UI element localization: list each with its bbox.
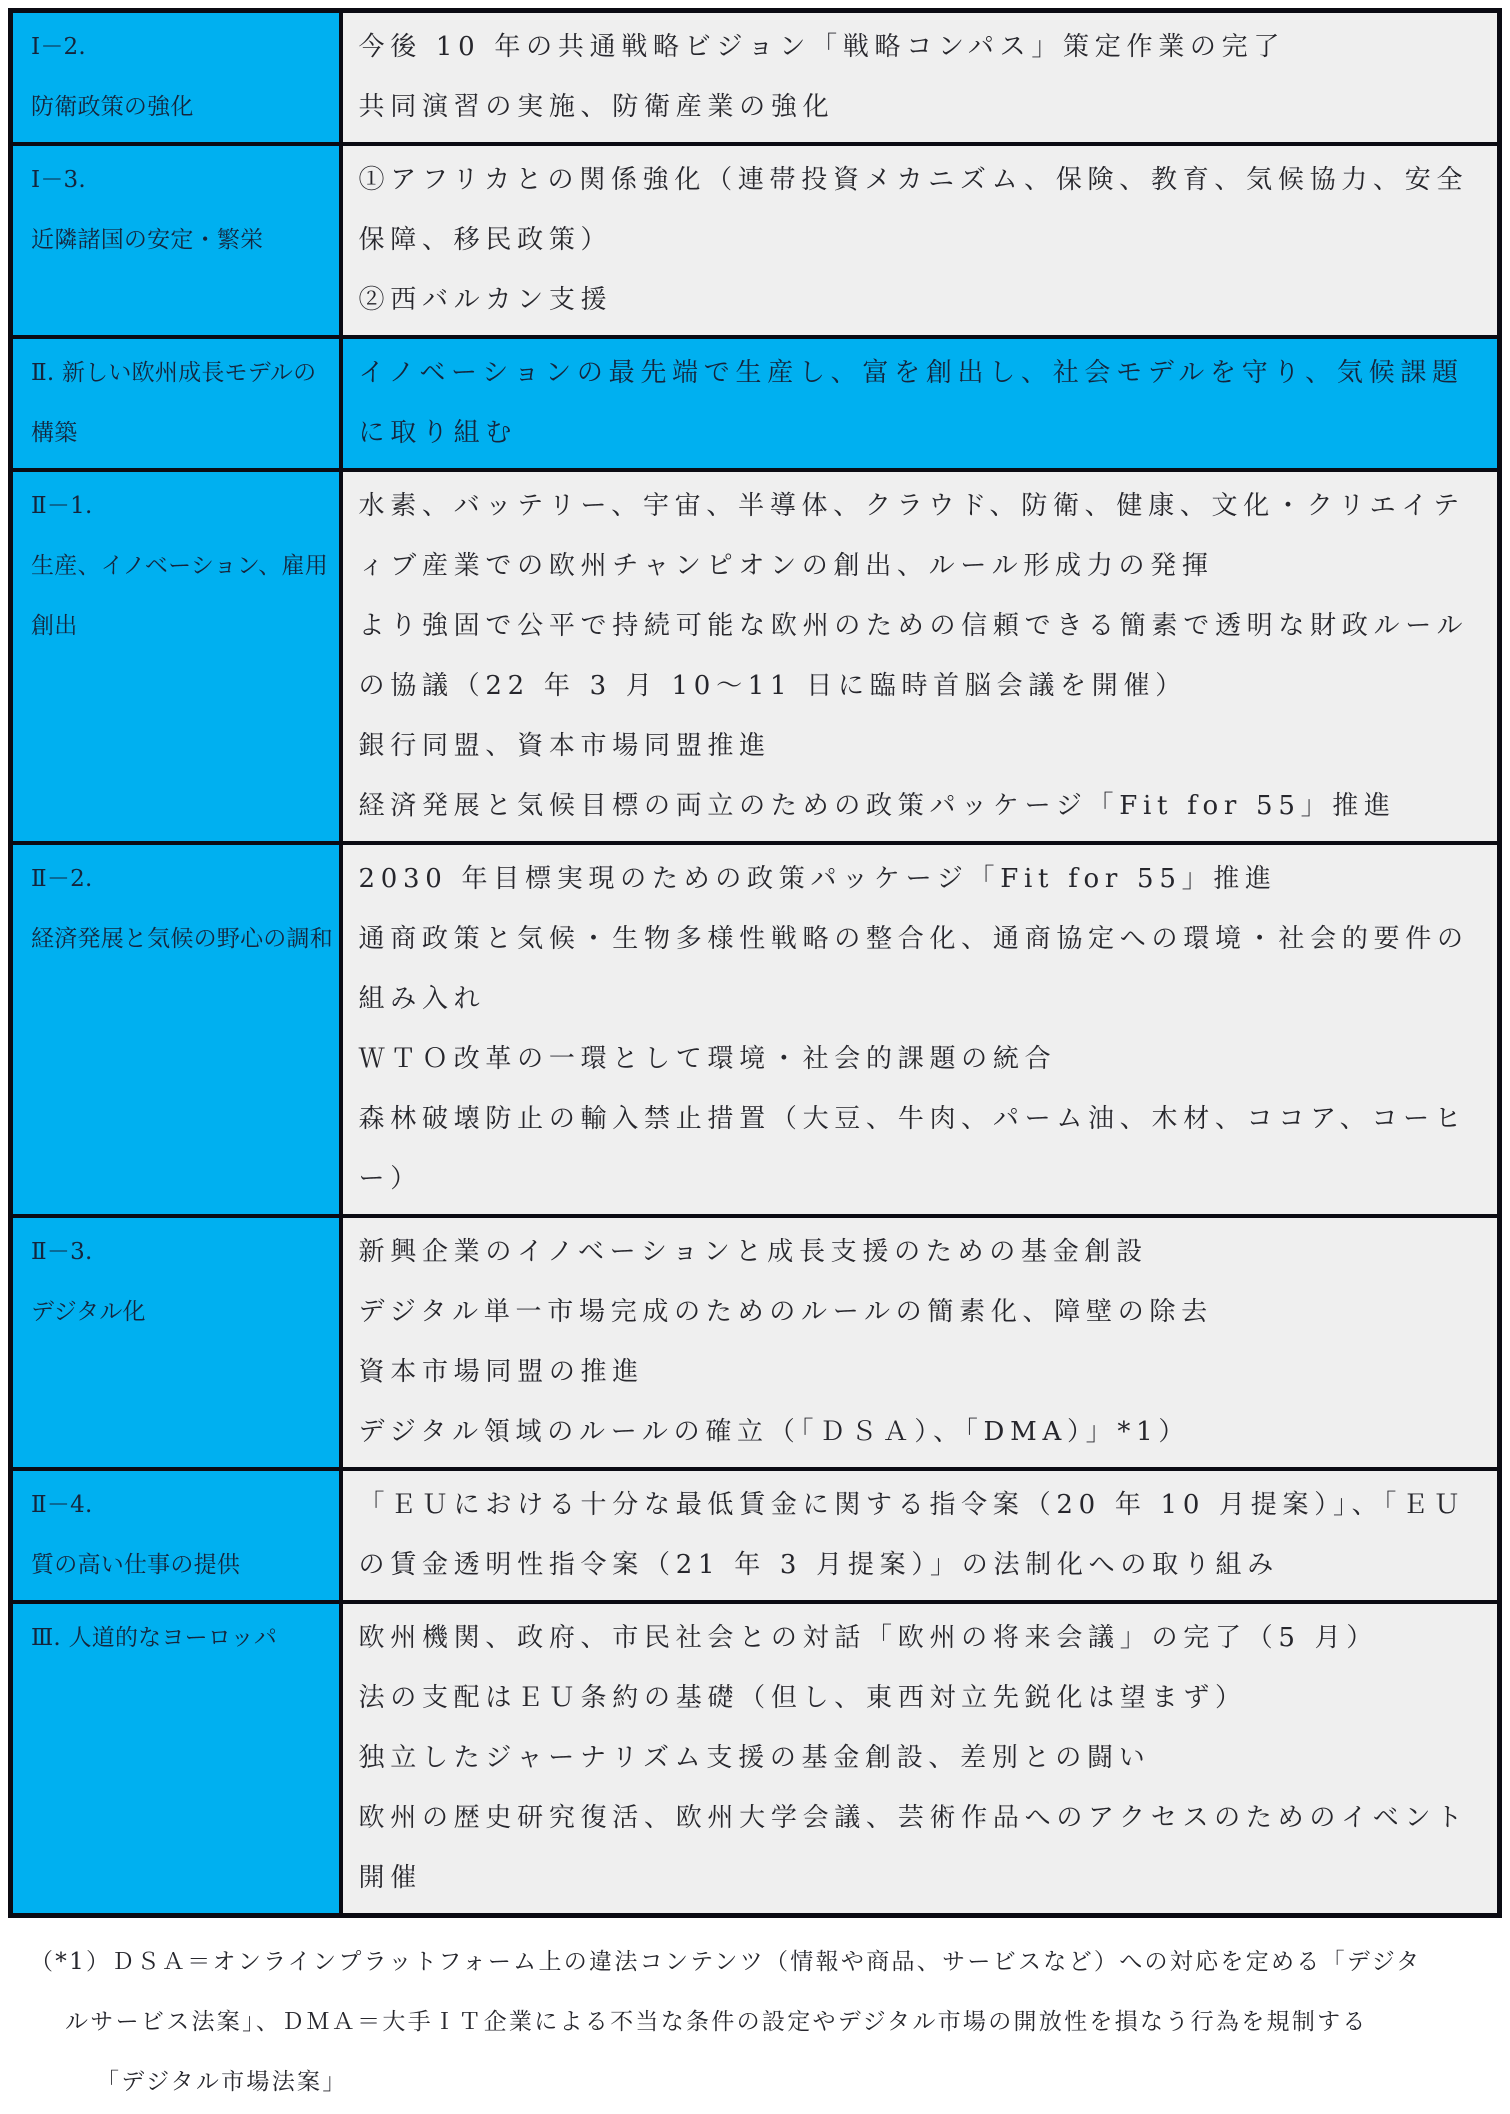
policy-item: 独立したジャーナリズム支援の基金創設、差別との闘い bbox=[359, 1728, 1486, 1788]
table-row-production-innovation-employment: Ⅱ－1. 生産、イノベーション、雇用創出 水素、バッテリー、宇宙、半導体、クラウ… bbox=[11, 470, 1500, 843]
row-header-cell: Ⅱ－1. 生産、イノベーション、雇用創出 bbox=[11, 470, 341, 843]
row-content-cell: 水素、バッテリー、宇宙、半導体、クラウド、防衛、健康、文化・クリエイティブ産業で… bbox=[341, 470, 1500, 843]
policy-item: 欧州機関、政府、市民社会との対話「欧州の将来会議」の完了（5 月） bbox=[359, 1608, 1486, 1668]
row-content-cell: 新興企業のイノベーションと成長支援のための基金創設 デジタル単一市場完成のための… bbox=[341, 1216, 1500, 1469]
table-row-digitalization: Ⅱ－3. デジタル化 新興企業のイノベーションと成長支援のための基金創設 デジタ… bbox=[11, 1216, 1500, 1469]
table-row-humane-europe: Ⅲ. 人道的なヨーロッパ 欧州機関、政府、市民社会との対話「欧州の将来会議」の完… bbox=[11, 1602, 1500, 1916]
table-row-neighboring-countries: Ⅰ－3. 近隣諸国の安定・繁栄 ①アフリカとの関係強化（連帯投資メカニズム、保険… bbox=[11, 144, 1500, 337]
policy-item: ②西バルカン支援 bbox=[359, 270, 1486, 330]
policy-item: イノベーションの最先端で生産し、富を創出し、社会モデルを守り、気候課題に取り組む bbox=[359, 343, 1486, 463]
policy-item: 通商政策と気候・生物多様性戦略の整合化、通商協定への環境・社会的要件の組み入れ bbox=[359, 909, 1486, 1029]
policy-item: デジタル単一市場完成のためのルールの簡素化、障壁の除去 bbox=[359, 1282, 1486, 1342]
footnote: （*1）ＤＳＡ＝オンラインプラットフォーム上の違法コンテンツ（情報や商品、サービ… bbox=[8, 1932, 1510, 2112]
policy-item: 2030 年目標実現のための政策パッケージ「Fit for 55」推進 bbox=[359, 849, 1486, 909]
row-content-cell: ①アフリカとの関係強化（連帯投資メカニズム、保険、教育、気候協力、安全保障、移民… bbox=[341, 144, 1500, 337]
footnote-line: 「デジタル市場法案」 bbox=[30, 2052, 1510, 2112]
row-header-cell: Ⅱ－3. デジタル化 bbox=[11, 1216, 341, 1469]
policy-item: 銀行同盟、資本市場同盟推進 bbox=[359, 716, 1486, 776]
policy-item: ＷＴＯ改革の一環として環境・社会的課題の統合 bbox=[359, 1029, 1486, 1089]
policy-item: 経済発展と気候目標の両立のための政策パッケージ「Fit for 55」推進 bbox=[359, 776, 1486, 836]
eu-policy-table: Ⅰ－2. 防衛政策の強化 今後 10 年の共通戦略ビジョン「戦略コンパス」策定作… bbox=[8, 8, 1502, 1918]
policy-item: 森林破壊防止の輸入禁止措置（大豆、牛肉、パーム油、木材、ココア、コーヒー） bbox=[359, 1089, 1486, 1209]
policy-item: 共同演習の実施、防衛産業の強化 bbox=[359, 77, 1486, 137]
row-content-cell: 2030 年目標実現のための政策パッケージ「Fit for 55」推進 通商政策… bbox=[341, 843, 1500, 1216]
row-header-cell: Ⅰ－3. 近隣諸国の安定・繁栄 bbox=[11, 144, 341, 337]
policy-item: より強固で公平で持続可能な欧州のための信頼できる簡素で透明な財政ルールの協議（2… bbox=[359, 596, 1486, 716]
policy-item: 水素、バッテリー、宇宙、半導体、クラウド、防衛、健康、文化・クリエイティブ産業で… bbox=[359, 476, 1486, 596]
row-content-cell: 欧州機関、政府、市民社会との対話「欧州の将来会議」の完了（5 月） 法の支配はＥ… bbox=[341, 1602, 1500, 1916]
row-header-cell: Ⅱ－4. 質の高い仕事の提供 bbox=[11, 1469, 341, 1602]
footnote-line: （*1）ＤＳＡ＝オンラインプラットフォーム上の違法コンテンツ（情報や商品、サービ… bbox=[30, 1932, 1510, 1992]
table-row-quality-jobs: Ⅱ－4. 質の高い仕事の提供 「ＥＵにおける十分な最低賃金に関する指令案（20 … bbox=[11, 1469, 1500, 1602]
policy-item: 欧州の歴史研究復活、欧州大学会議、芸術作品へのアクセスのためのイベント開催 bbox=[359, 1788, 1486, 1908]
footnote-line: ルサービス法案」、ＤＭＡ＝大手ＩＴ企業による不当な条件の設定やデジタル市場の開放… bbox=[30, 1992, 1510, 2052]
policy-item: 「ＥＵにおける十分な最低賃金に関する指令案（20 年 10 月提案）」、「ＥＵの… bbox=[359, 1475, 1486, 1595]
table-row-defense-policy: Ⅰ－2. 防衛政策の強化 今後 10 年の共通戦略ビジョン「戦略コンパス」策定作… bbox=[11, 11, 1500, 145]
row-header-cell: Ⅱ－2. 経済発展と気候の野心の調和 bbox=[11, 843, 341, 1216]
row-header-cell: Ⅲ. 人道的なヨーロッパ bbox=[11, 1602, 341, 1916]
policy-item: ①アフリカとの関係強化（連帯投資メカニズム、保険、教育、気候協力、安全保障、移民… bbox=[359, 150, 1486, 270]
table-row-new-growth-model: Ⅱ. 新しい欧州成長モデルの構築 イノベーションの最先端で生産し、富を創出し、社… bbox=[11, 337, 1500, 470]
policy-item: 資本市場同盟の推進 bbox=[359, 1342, 1486, 1402]
policy-item: デジタル領域のルールの確立（「ＤＳＡ）、「DMA）」*1） bbox=[359, 1402, 1486, 1462]
policy-item: 新興企業のイノベーションと成長支援のための基金創設 bbox=[359, 1222, 1486, 1282]
row-header-cell: Ⅰ－2. 防衛政策の強化 bbox=[11, 11, 341, 145]
table-row-economy-climate: Ⅱ－2. 経済発展と気候の野心の調和 2030 年目標実現のための政策パッケージ… bbox=[11, 843, 1500, 1216]
row-content-cell: イノベーションの最先端で生産し、富を創出し、社会モデルを守り、気候課題に取り組む bbox=[341, 337, 1500, 470]
row-content-cell: 今後 10 年の共通戦略ビジョン「戦略コンパス」策定作業の完了 共同演習の実施、… bbox=[341, 11, 1500, 145]
row-content-cell: 「ＥＵにおける十分な最低賃金に関する指令案（20 年 10 月提案）」、「ＥＵの… bbox=[341, 1469, 1500, 1602]
policy-item: 法の支配はＥＵ条約の基礎（但し、東西対立先鋭化は望まず） bbox=[359, 1668, 1486, 1728]
row-header-cell: Ⅱ. 新しい欧州成長モデルの構築 bbox=[11, 337, 341, 470]
policy-item: 今後 10 年の共通戦略ビジョン「戦略コンパス」策定作業の完了 bbox=[359, 17, 1486, 77]
